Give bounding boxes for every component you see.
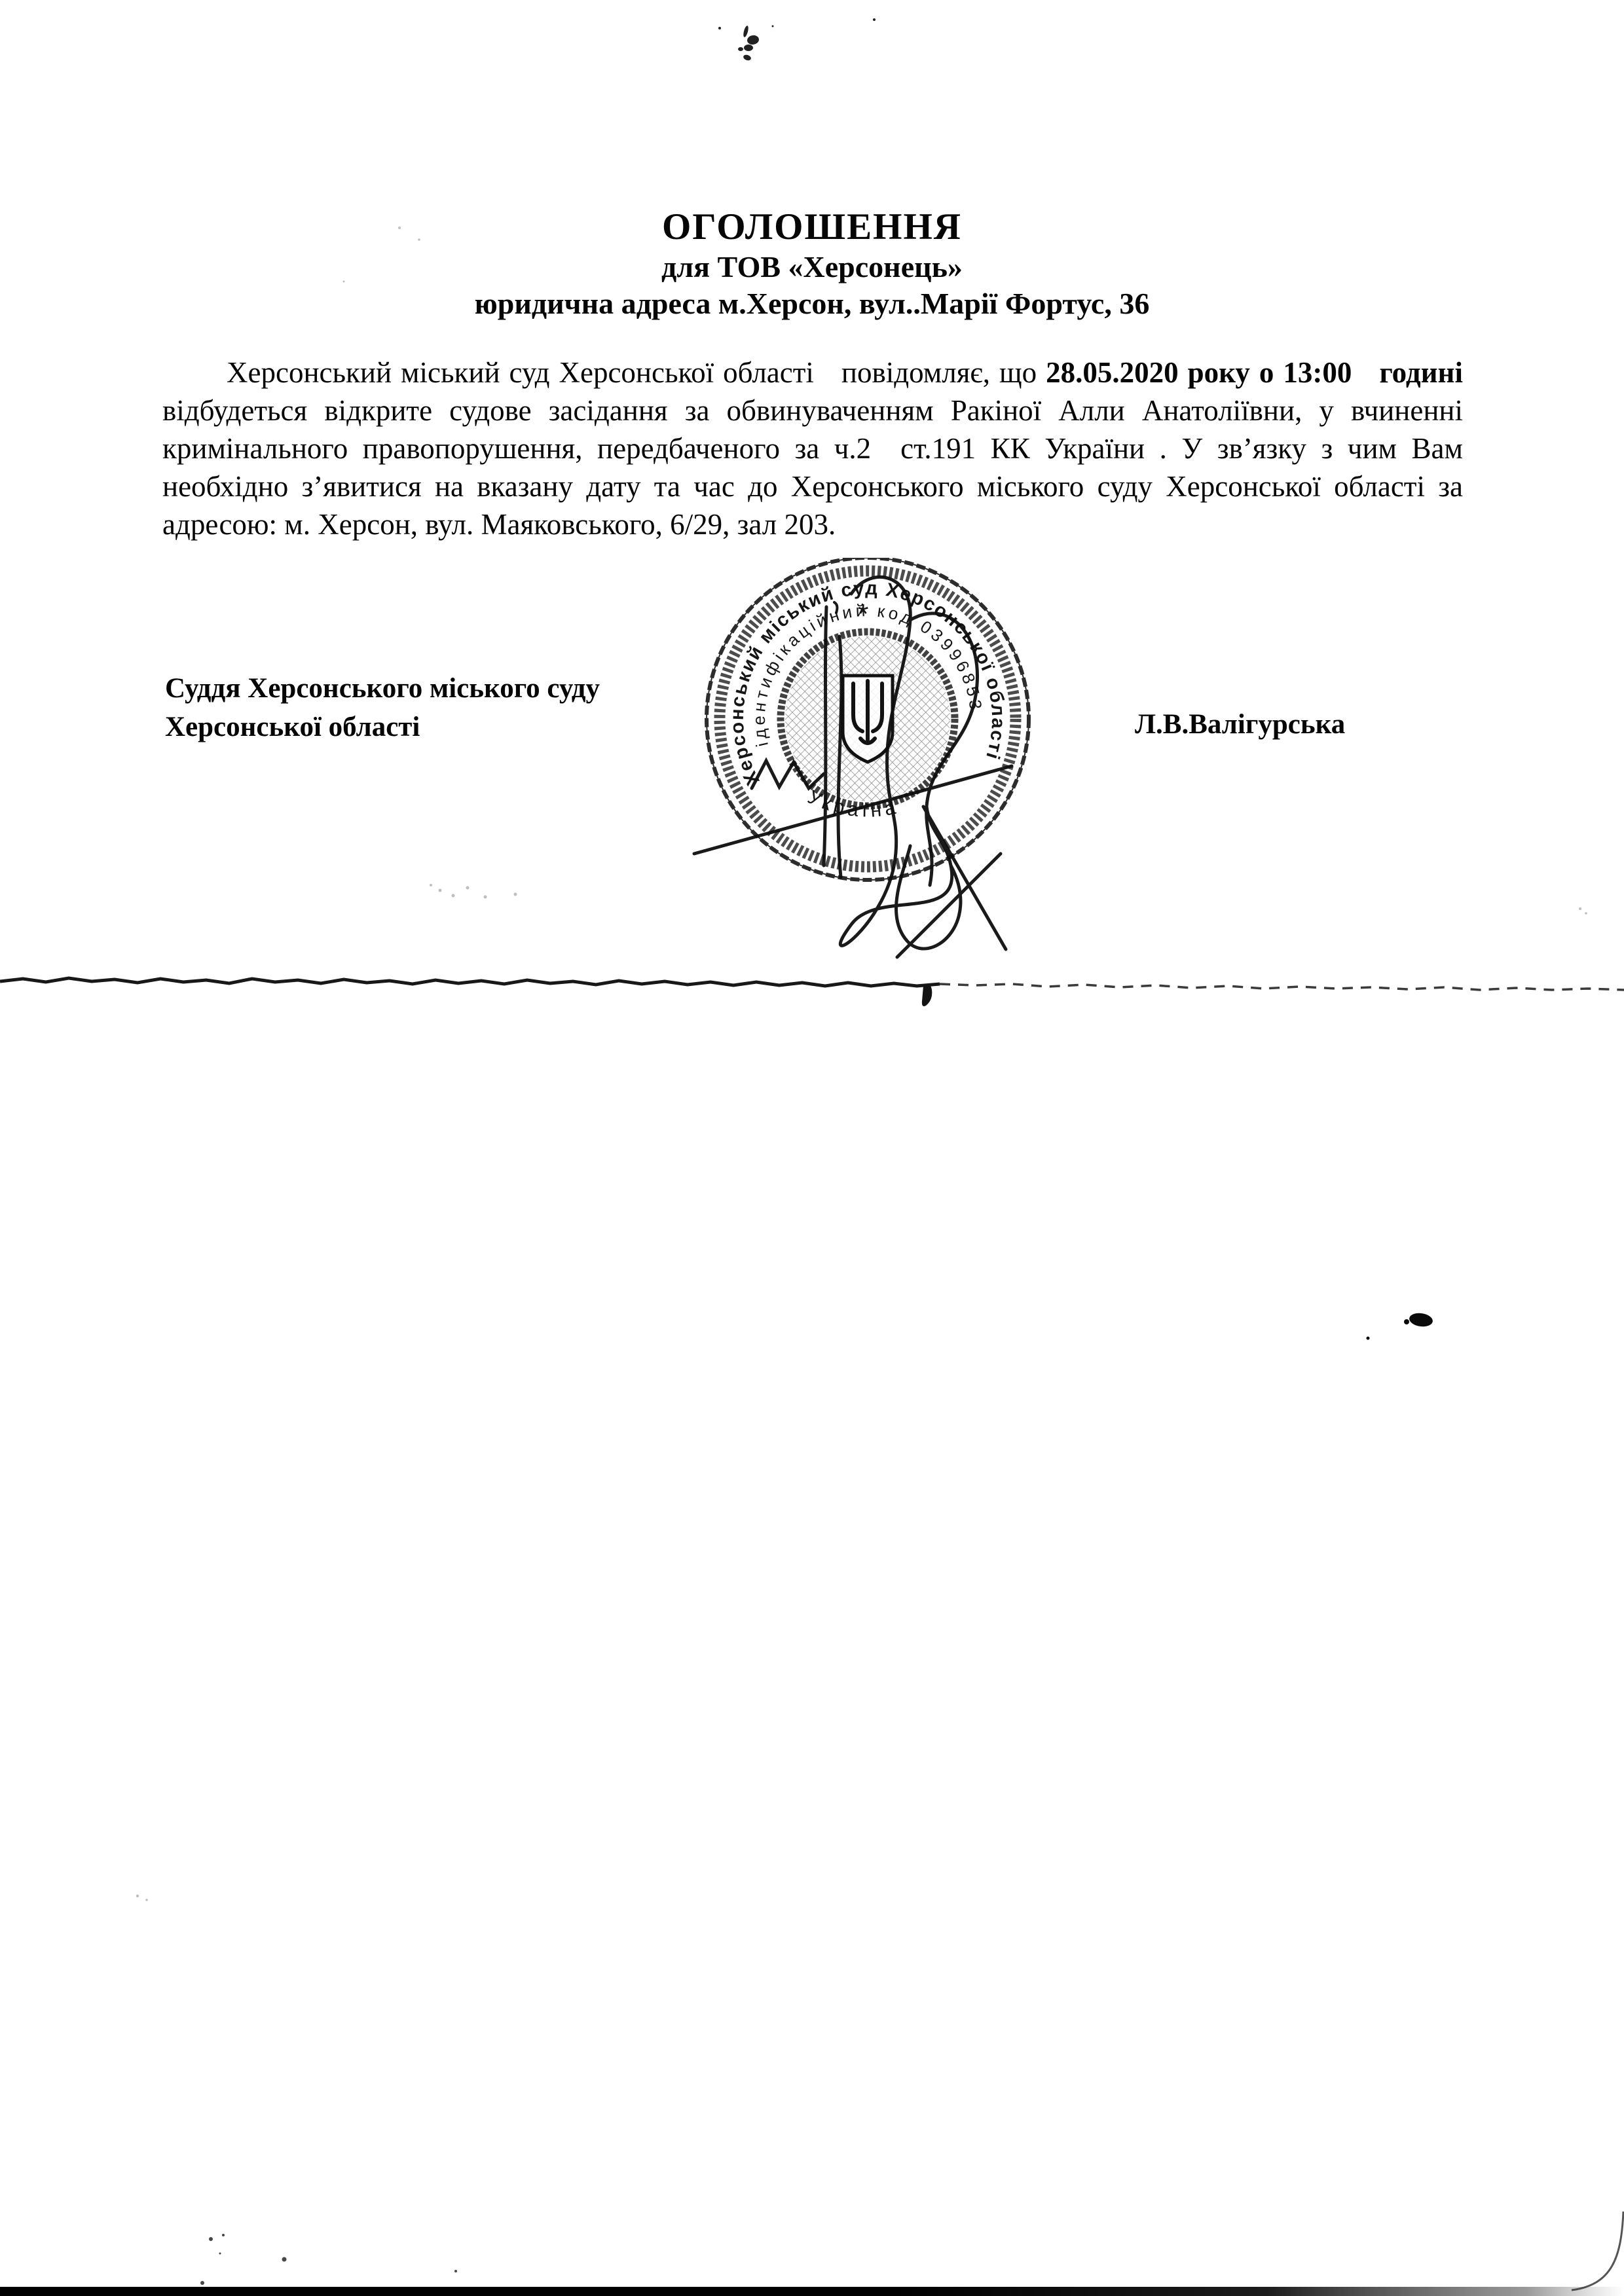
document-address-line: юридична адреса м.Херсон, вул..Марії Фор… (0, 285, 1624, 322)
judge-position-block: Суддя Херсонського міського суду Херсонс… (165, 669, 600, 746)
ukrainian-trident-emblem (843, 676, 893, 762)
judge-position-line1: Суддя Херсонського міського суду (165, 669, 600, 708)
bottom-speck-artifacts (200, 2234, 457, 2285)
top-smudge-artifact (718, 18, 876, 62)
scan-artifacts-layer (0, 0, 1624, 2296)
judge-position-line2: Херсонської області (165, 708, 600, 746)
scanned-document-page: ОГОЛОШЕННЯ для ТОВ «Херсонець» юридична … (0, 0, 1624, 2296)
body-text-part1: Херсонський міський суд Херсонської обла… (227, 356, 1046, 389)
stamp-star: * (858, 598, 868, 629)
body-text-bold-date-time: 28.05.2020 року о 13:00 годині (1046, 356, 1463, 389)
announcement-body-paragraph: Херсонський міський суд Херсонської обла… (162, 354, 1463, 543)
document-title: ОГОЛОШЕННЯ (0, 206, 1624, 249)
ink-blob-artifact (1367, 1312, 1434, 1340)
judge-name: Л.В.Валігурська (1135, 708, 1345, 740)
title-block: ОГОЛОШЕННЯ для ТОВ «Херсонець» юридична … (0, 206, 1624, 322)
court-seal-stamp: Херсонський міський суд Херсонської обла… (655, 558, 1048, 990)
document-recipient-line: для ТОВ «Херсонець» (0, 249, 1624, 285)
bottom-right-corner-artifact (1572, 2212, 1623, 2290)
bottom-scan-band-artifact (0, 2287, 1624, 2296)
